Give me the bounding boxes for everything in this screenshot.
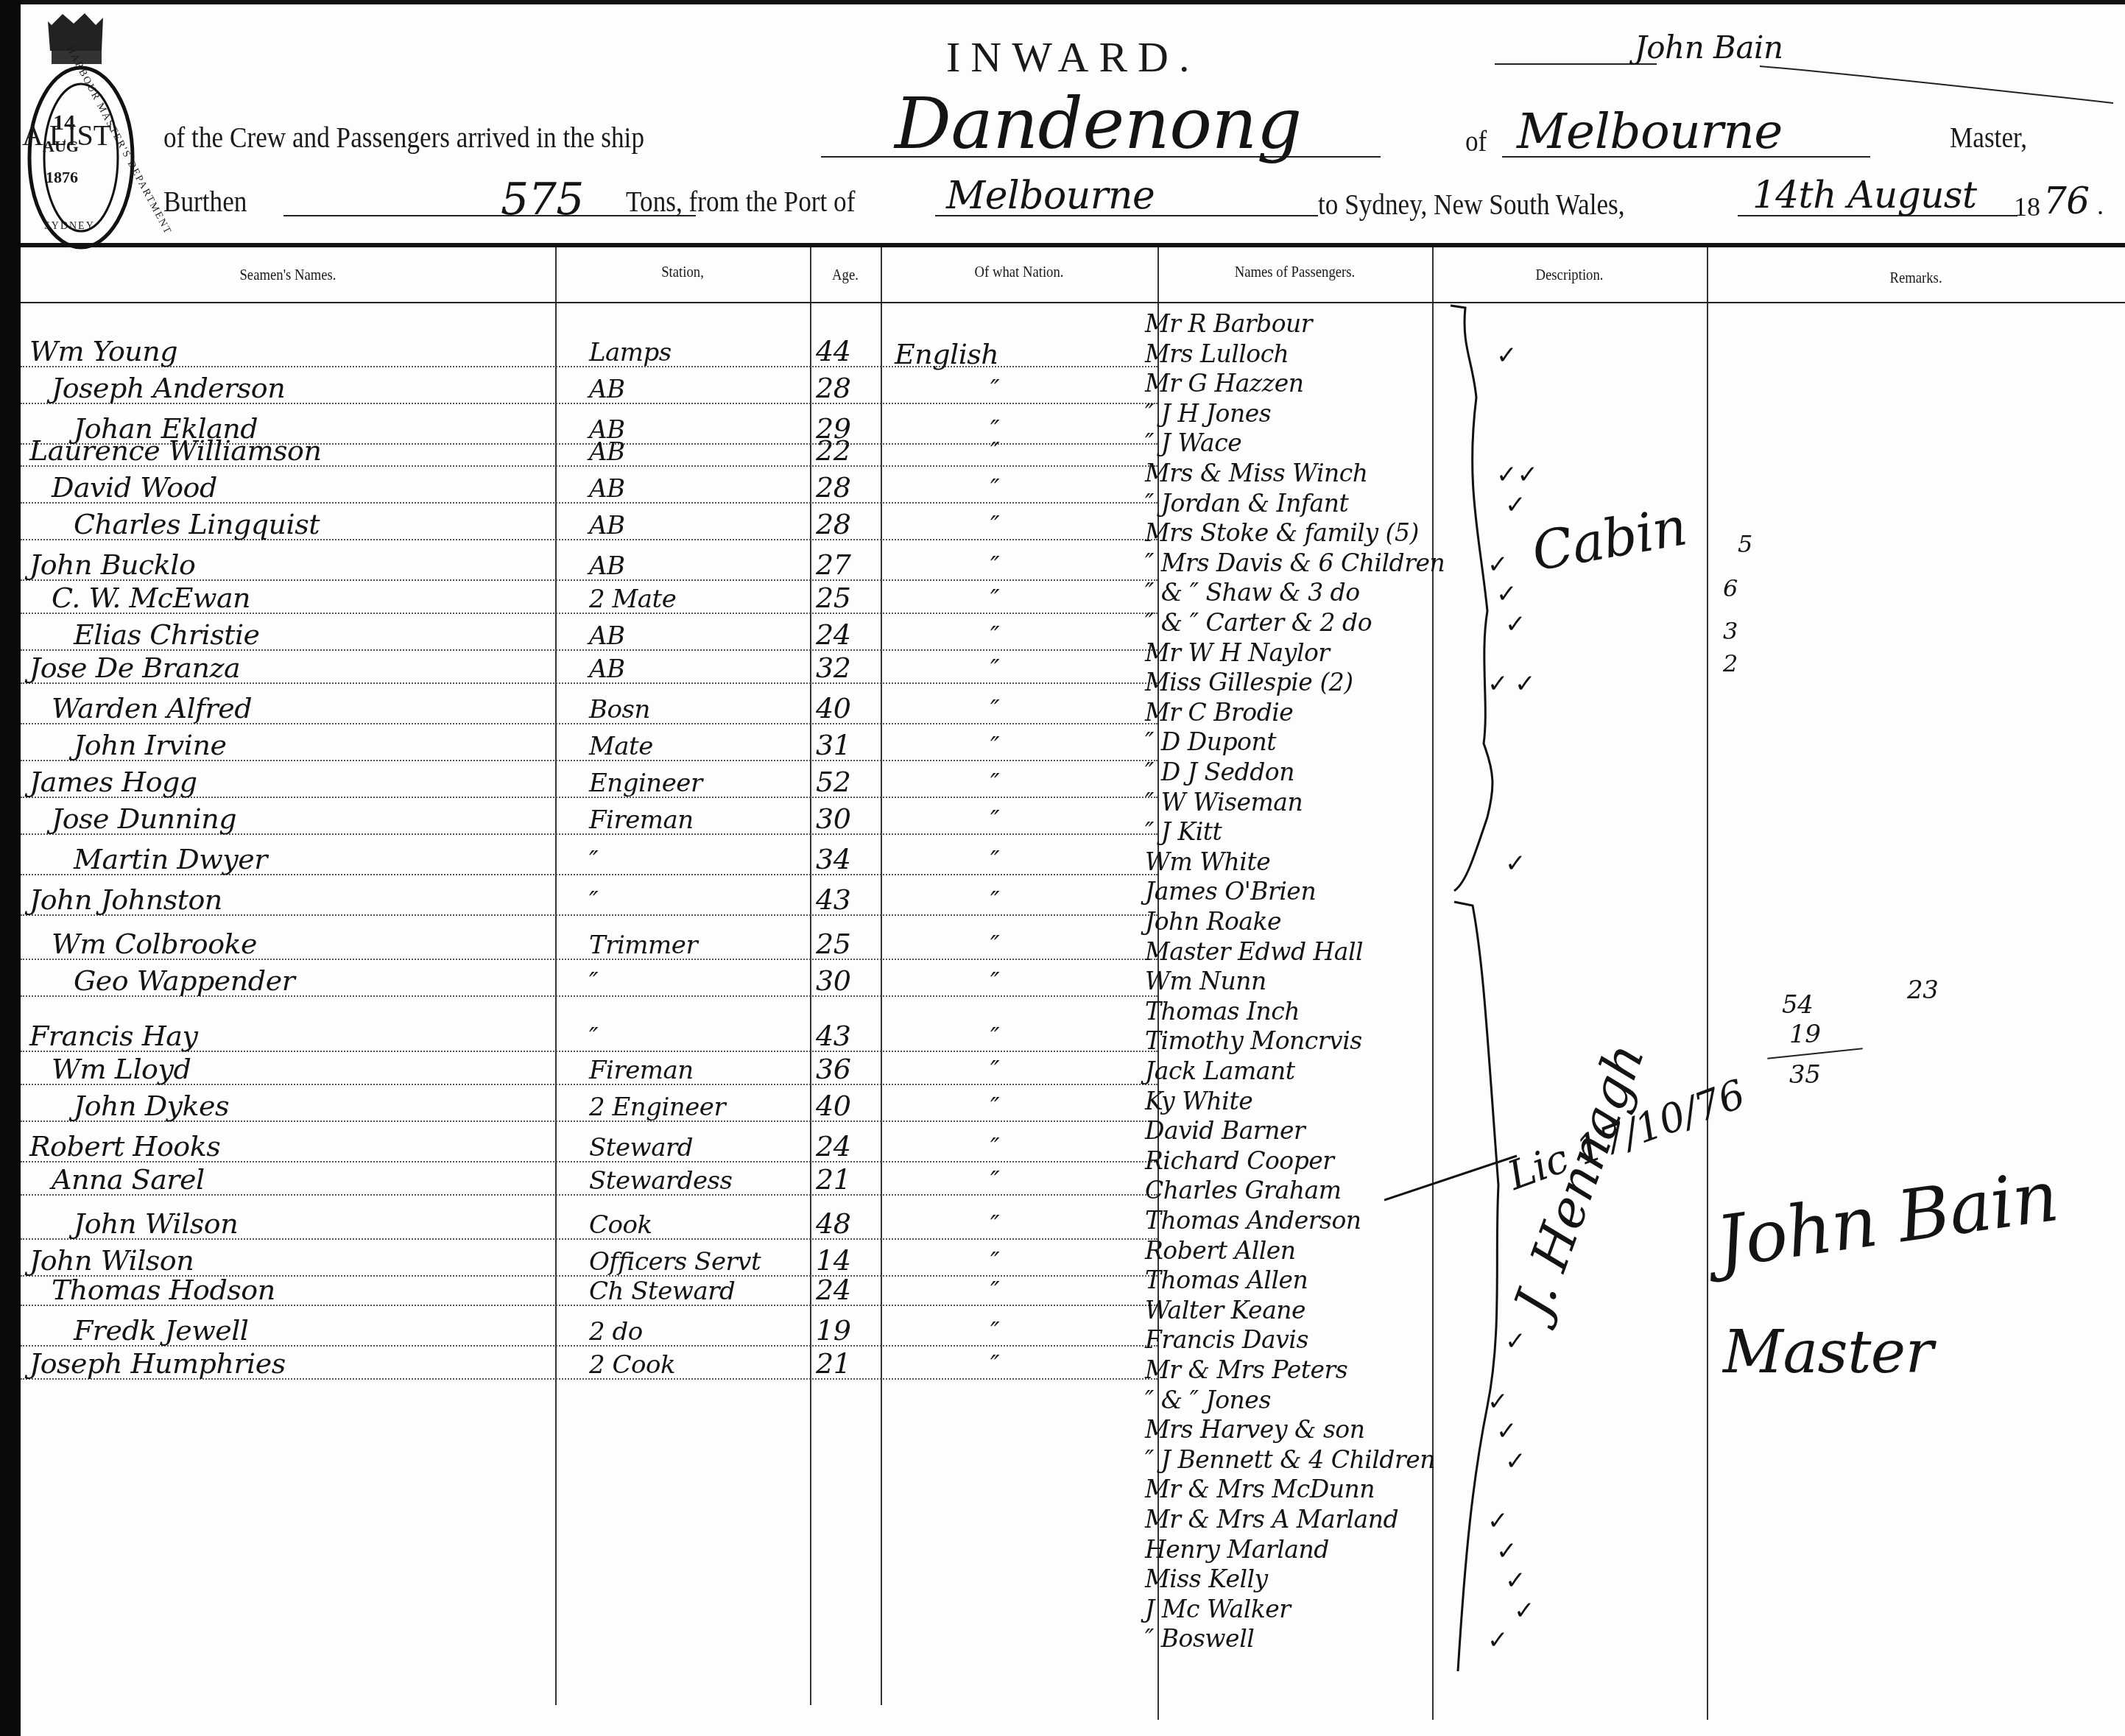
crew-name: Jose Dunning [52,802,236,835]
crew-station: Bosn [589,695,650,724]
crew-name: Francis Hay [29,1020,197,1052]
crew-name: John Irvine [74,729,226,761]
remarks-tally-2: 6 [1723,574,1738,602]
crew-nation: ″ [990,474,999,504]
remarks-sum-mid: 19 [1789,1020,1820,1049]
ship-name: Dandenong [895,82,1302,165]
crew-age: 22 [816,434,850,467]
crew-name: Geo Wappender [74,964,295,997]
crew-nation: ″ [990,732,999,761]
crew-nation: ″ [990,654,999,684]
passenger-name: ″ J H Jones [1145,399,1271,428]
master-title: Master [1723,1318,1933,1386]
col-divider-remarks [1707,247,1708,1720]
stamp-city: SYDNEY [44,221,95,233]
scan-edge-left [0,0,21,1736]
passenger-name: ″ D Dupont [1145,727,1276,756]
crew-station: AB [589,621,625,651]
check-mark-icon: ✓ [1505,1566,1526,1595]
crew-station: Mate [589,732,653,761]
crew-age: 21 [816,1347,850,1380]
crew-name: Thomas Hodson [52,1274,275,1306]
crew-name: C. W. McEwan [52,582,250,614]
year-period: . [2097,190,2104,221]
crew-station: Fireman [589,805,694,835]
crew-name: Robert Hooks [29,1130,220,1162]
crew-nation: ″ [990,1210,999,1240]
burthen-label: Burthen [163,184,247,219]
tons-from-label: Tons, from the Port of [626,184,855,219]
crew-nation: ″ [990,695,999,724]
crew-nation: ″ [990,846,999,875]
crew-name: Joseph Humphries [29,1347,286,1380]
crew-nation: English [895,338,998,370]
master-signature: John Bain [1711,1154,2062,1284]
passenger-name: Mr & Mrs A Marland [1145,1505,1398,1534]
crew-age: 48 [816,1207,850,1240]
passenger-name: Mrs Harvey & son [1145,1415,1364,1444]
crew-station: Ch Steward [589,1277,735,1306]
crew-nation: ″ [990,1023,999,1052]
passenger-name: ″ & ″ Jones [1145,1386,1271,1414]
remarks-sum-result: 35 [1789,1060,1820,1090]
passenger-name: Master Edwd Hall [1145,937,1363,966]
document-title: INWARD. [946,32,1199,82]
document-page: 14 AUG 1876 HARBOUR MASTER'S DEPARTMENT … [0,0,2125,1736]
passenger-name: ″ & ″ Shaw & 3 do [1145,578,1360,607]
passenger-name: ″ Jordan & Infant [1145,489,1348,518]
crew-name: Charles Lingquist [74,508,320,540]
crew-station: ″ [589,1023,598,1052]
crew-age: 19 [816,1314,850,1347]
passenger-name: Timothy Moncrvis [1145,1026,1362,1055]
list-prefix: A LIST [22,118,111,152]
to-sydney-label: to Sydney, New South Wales, [1318,187,1625,222]
passenger-name: Mr W H Naylor [1145,638,1330,667]
crew-age: 30 [816,964,850,997]
master-label: Master, [1950,120,2027,155]
crew-nation: ″ [990,621,999,651]
crew-age: 44 [816,335,850,367]
passenger-name: Charles Graham [1145,1176,1342,1204]
crew-nation: ″ [990,931,999,960]
crew-nation: ″ [990,1133,999,1162]
crew-age: 25 [816,928,850,960]
crew-nation: ″ [990,1093,999,1122]
of-label: of [1465,124,1487,158]
crew-name: Anna Sarel [52,1163,205,1196]
passenger-name: ″ W Wiseman [1145,788,1303,816]
passenger-name: ″ Boswell [1145,1624,1254,1653]
crew-station: Lamps [589,338,672,367]
crew-nation: ″ [990,1277,999,1306]
crew-age: 43 [816,883,850,916]
passenger-name: Robert Allen [1145,1236,1296,1265]
col-header-nation: Of what Nation. [901,262,1137,281]
crew-name: Elias Christie [74,618,260,651]
crew-age: 24 [816,618,850,651]
crew-name: Martin Dwyer [74,843,267,875]
licence-pointer-line [1384,1148,1532,1207]
crew-station: Stewardess [589,1166,732,1196]
passenger-name: Mrs & Miss Winch [1145,459,1367,487]
crew-age: 36 [816,1053,850,1085]
crew-name: John Bucklo [29,548,195,581]
crew-station: 2 Cook [589,1350,675,1380]
crew-nation: ″ [990,511,999,540]
crew-name: Wm Lloyd [52,1053,191,1085]
crew-nation: ″ [990,1166,999,1196]
remarks-sum-top: 54 [1782,990,1813,1020]
crew-station: Fireman [589,1056,694,1085]
crew-nation: ″ [990,1056,999,1085]
crew-nation: ″ [990,886,999,916]
remarks-sum-side: 23 [1907,975,1938,1005]
arrival-date: 14th August [1752,174,1977,216]
crew-station: AB [589,511,625,540]
crew-station: AB [589,654,625,684]
crew-age: 28 [816,471,850,504]
column-header-rule [21,302,2125,303]
col-header-remarks: Remarks. [1738,268,2094,287]
remarks-tally-3: 3 [1723,617,1738,645]
col-header-description: Description. [1453,265,1686,284]
bracket-lines [1443,302,1502,1701]
crew-nation: ″ [990,375,999,404]
crew-station: Trimmer [589,931,697,960]
crew-station: 2 Engineer [589,1093,725,1122]
crew-nation: ″ [990,967,999,997]
crew-station: ″ [589,967,598,997]
crew-name: Wm Young [29,335,177,367]
crew-age: 43 [816,1020,850,1052]
col-header-age: Age. [815,265,875,284]
passenger-name: John Roake [1145,907,1281,936]
crew-nation: ″ [990,551,999,581]
passenger-name: Mrs Stoke & family (5) [1145,518,1419,547]
crew-name: John Johnston [29,883,222,916]
crew-nation: ″ [990,585,999,614]
remarks-sum-rule [1767,1048,1862,1059]
heading-line1: of the Crew and Passengers arrived in th… [163,120,644,155]
crew-name: Wm Colbrooke [52,928,257,960]
header-rule [21,243,2125,247]
description-cabin: Cabin [1527,495,1691,582]
crew-age: 32 [816,652,850,684]
passenger-name: ″ Mrs Davis & 6 Children [1145,548,1445,577]
crew-age: 24 [816,1130,850,1162]
crew-nation: ″ [990,1247,999,1277]
passenger-name: Ky White [1145,1087,1252,1115]
crew-station: Cook [589,1210,652,1240]
crew-age: 21 [816,1163,850,1196]
crew-nation: ″ [990,1350,999,1380]
col-header-passengers: Names of Passengers. [1178,262,1412,281]
passenger-name: Mr C Brodie [1145,698,1293,727]
passenger-name: Richard Cooper [1145,1146,1334,1175]
passenger-name: Francis Davis [1145,1325,1308,1354]
passenger-name: ″ J Bennett & 4 Children [1145,1445,1435,1474]
check-mark-icon: ✓ [1505,1327,1526,1356]
check-mark-icon: ✓ [1514,1596,1535,1626]
crew-nation: ″ [990,805,999,835]
passenger-name: David Barner [1145,1116,1305,1145]
remarks-tally-4: 2 [1723,649,1738,677]
crew-age: 25 [816,582,850,614]
crew-nation: ″ [990,769,999,798]
passenger-name: Walter Keane [1145,1296,1305,1324]
passenger-name: ″ J Kitt [1145,817,1222,846]
crew-name: John Wilson [74,1207,238,1240]
crew-age: 52 [816,766,850,798]
crew-name: James Hogg [29,766,197,798]
crew-station: 2 do [589,1317,643,1347]
crew-name: John Dykes [74,1090,229,1122]
crew-station: ″ [589,886,598,916]
check-mark-icon: ✓ [1505,490,1526,520]
col-header-seamen: Seamen's Names. [60,265,515,284]
crew-station: AB [589,551,625,581]
year-prefix: 18 [2014,191,2040,222]
passenger-name: Wm White [1145,847,1270,876]
crew-station: AB [589,375,625,404]
crew-station: AB [589,474,625,504]
crew-age: 28 [816,508,850,540]
master-name-line [1495,63,1657,65]
passenger-name: Mr G Hazzen [1145,369,1303,398]
stamp-year: 1876 [46,168,78,187]
crew-station: 2 Mate [589,585,676,614]
passenger-name: Wm Nunn [1145,967,1266,995]
year-suffix: 76 [2043,180,2090,222]
crew-age: 14 [816,1244,850,1277]
crew-age: 27 [816,548,850,581]
crew-age: 24 [816,1274,850,1306]
passenger-name: Henry Marland [1145,1535,1329,1564]
col-header-station: Station, [574,262,791,281]
crew-nation: ″ [990,1317,999,1347]
passenger-name: Miss Kelly [1145,1564,1268,1593]
port-from: Melbourne [946,174,1155,218]
crew-station: Engineer [589,769,702,798]
burthen-tons: 575 [501,174,584,225]
col-divider-description [1432,247,1434,1720]
master-underline-curve [1760,59,2113,110]
ship-of: Melbourne [1517,103,1783,160]
crew-name: Warden Alfred [52,692,252,724]
crew-station: Officers Servt [589,1247,761,1277]
check-mark-icon: ✓ [1505,610,1526,639]
crew-age: 34 [816,843,850,875]
crew-name: Jose De Branza [29,652,240,684]
remarks-tally-1: 5 [1738,530,1752,558]
crew-name: David Wood [52,471,217,504]
crew-age: 40 [816,692,850,724]
passenger-name: ″ & ″ Carter & 2 do [1145,608,1372,637]
passenger-name: Thomas Allen [1145,1266,1308,1294]
crew-name: Joseph Anderson [52,372,285,404]
crew-age: 31 [816,729,850,761]
scan-edge-top [21,0,2125,4]
passenger-name: ″ D J Seddon [1145,758,1294,786]
passenger-name: Jack Lamant [1145,1056,1294,1085]
crew-age: 28 [816,372,850,404]
crew-nation: ″ [990,437,999,467]
crew-name: John Wilson [29,1244,194,1277]
crew-name: Fredk Jewell [74,1314,249,1347]
passenger-name: Mrs Lulloch [1145,339,1289,368]
crew-age: 30 [816,802,850,835]
passenger-name: J Mc Walker [1145,1595,1291,1623]
passenger-name: James O'Brien [1145,877,1316,906]
crew-age: 40 [816,1090,850,1122]
passenger-name: Thomas Inch [1145,997,1300,1026]
passenger-name: Mr R Barbour [1145,309,1312,338]
passenger-name: Mr & Mrs McDunn [1145,1475,1375,1503]
crew-station: AB [589,437,625,467]
crew-station: ″ [589,846,598,875]
passenger-name: Mr & Mrs Peters [1145,1355,1347,1384]
check-mark-icon: ✓✓ [1496,460,1538,490]
crew-name: Laurence Williamson [29,434,321,467]
passenger-name: Thomas Anderson [1145,1206,1361,1235]
crew-station: Steward [589,1133,693,1162]
check-mark-icon: ✓ [1505,1447,1526,1476]
check-mark-icon: ✓ [1505,849,1526,878]
passenger-name: ″ J Wace [1145,428,1241,457]
passenger-name: Miss Gillespie (2) [1145,668,1353,696]
